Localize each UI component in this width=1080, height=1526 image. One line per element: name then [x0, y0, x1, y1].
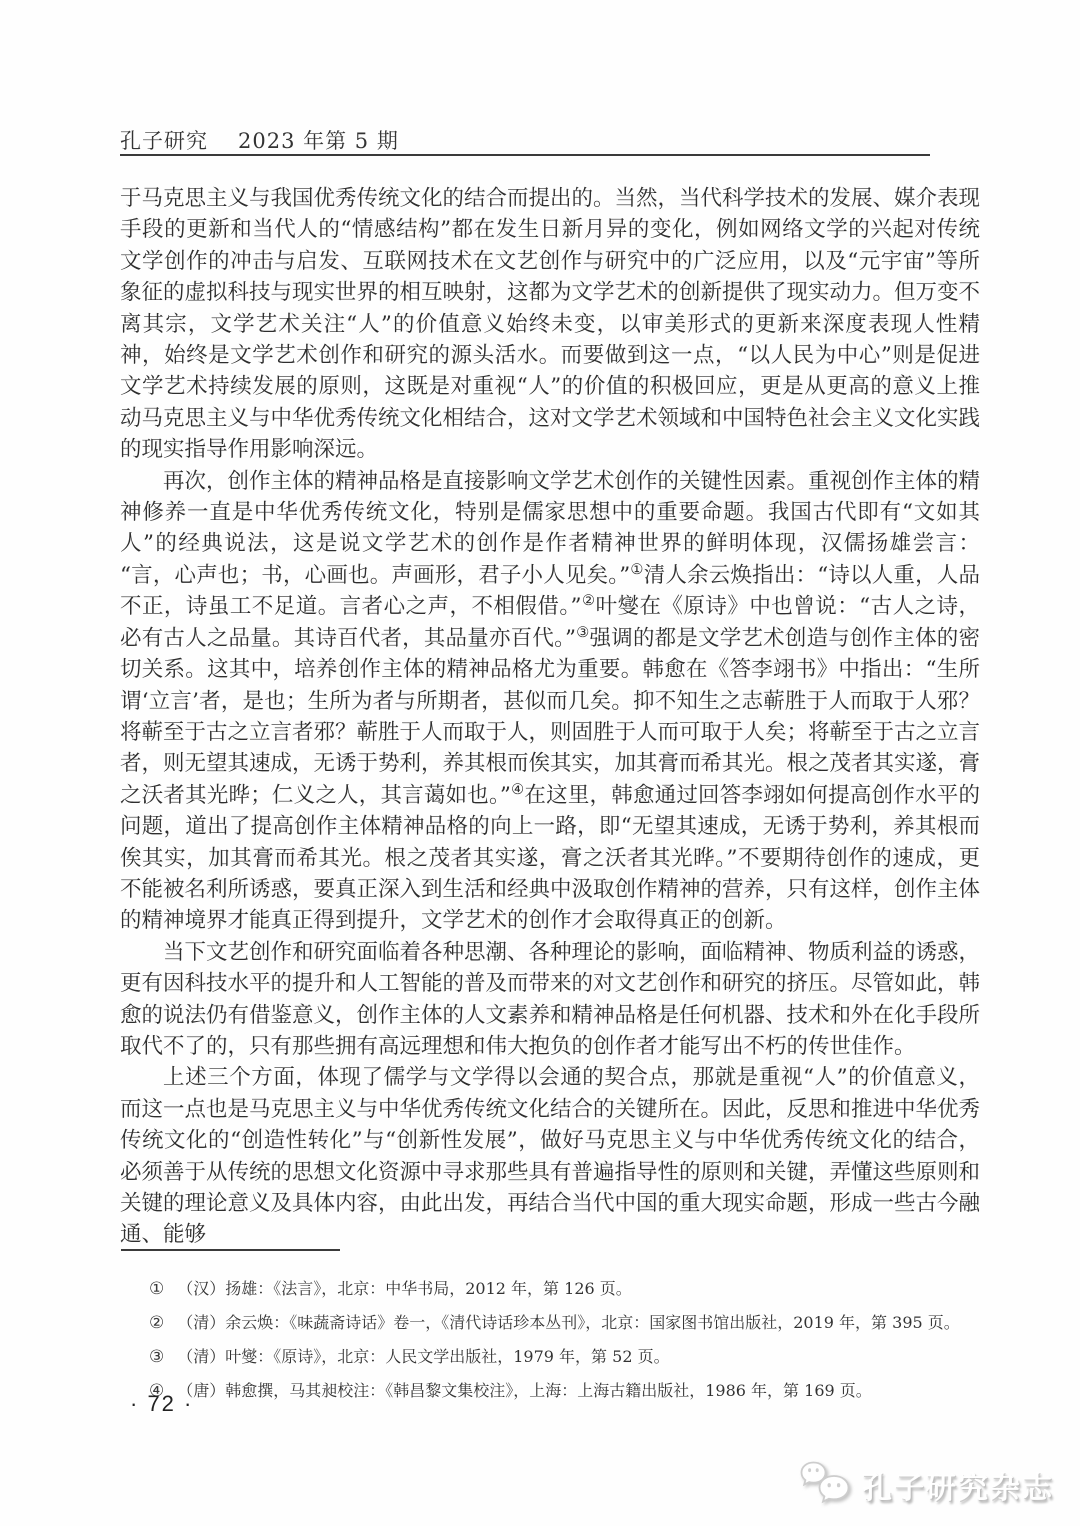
wechat-icon — [799, 1460, 853, 1510]
paragraph-1: 于马克思主义与我国优秀传统文化的结合而提出的。当然，当代科学技术的发展、媒介表现… — [120, 183, 980, 466]
paragraph-4: 上述三个方面，体现了儒学与文学得以会通的契合点，那就是重视“人”的价值意义，而这… — [120, 1062, 980, 1250]
footnote-marker: ② — [149, 1307, 164, 1340]
watermark: 孔子研究杂志 — [799, 1460, 1054, 1510]
footnote-separator — [121, 1249, 340, 1251]
page-number: · 72 · — [130, 1391, 193, 1417]
watermark-label: 孔子研究杂志 — [862, 1463, 1054, 1507]
footnote-item: ② （清）余云焕：《味蔬斋诗话》卷一，《清代诗话珍本丛刊》，北京：国家图书馆出版… — [149, 1306, 969, 1340]
footnote-text: （唐）韩愈撰，马其昶校注：《韩昌黎文集校注》，上海：上海古籍出版社，1986 年… — [177, 1374, 969, 1407]
issue-label: 2023 年第 5 期 — [238, 125, 399, 155]
footnote-text: （清）叶燮：《原诗》，北京：人民文学出版社，1979 年，第 52 页。 — [177, 1340, 969, 1373]
footnote-item: ① （汉）扬雄：《法言》，北京：中华书局，2012 年，第 126 页。 — [149, 1272, 969, 1306]
footnote-marker: ③ — [149, 1341, 164, 1374]
page-header: 孔子研究 2023 年第 5 期 — [120, 125, 980, 155]
footnote-text: （清）余云焕：《味蔬斋诗话》卷一，《清代诗话珍本丛刊》，北京：国家图书馆出版社，… — [177, 1306, 969, 1339]
article-body: 于马克思主义与我国优秀传统文化的结合而提出的。当然，当代科学技术的发展、媒介表现… — [120, 183, 980, 1251]
footnotes-list: ① （汉）扬雄：《法言》，北京：中华书局，2012 年，第 126 页。 ② （… — [149, 1272, 969, 1408]
footnote-item: ③ （清）叶燮：《原诗》，北京：人民文学出版社，1979 年，第 52 页。 — [149, 1340, 969, 1374]
footnote-ref-marker: ② — [582, 592, 596, 609]
footnote-text: （汉）扬雄：《法言》，北京：中华书局，2012 年，第 126 页。 — [177, 1272, 969, 1305]
footnote-ref-marker: ④ — [511, 781, 525, 798]
footnote-marker: ① — [149, 1273, 164, 1306]
footnote-item: ④ （唐）韩愈撰，马其昶校注：《韩昌黎文集校注》，上海：上海古籍出版社，1986… — [149, 1374, 969, 1408]
footnote-ref-marker: ① — [630, 561, 643, 578]
footnote-ref-marker: ③ — [576, 624, 590, 641]
journal-page: 孔子研究 2023 年第 5 期 于马克思主义与我国优秀传统文化的结合而提出的。… — [0, 0, 1080, 1526]
paragraph-3: 当下文艺创作和研究面临着各种思潮、各种理论的影响，面临精神、物质利益的诱惑，更有… — [120, 937, 980, 1063]
journal-title: 孔子研究 — [120, 125, 208, 155]
paragraph-2: 再次，创作主体的精神品格是直接影响文学艺术创作的关键性因素。重视创作主体的精神修… — [120, 466, 980, 937]
header-rule — [120, 154, 930, 156]
